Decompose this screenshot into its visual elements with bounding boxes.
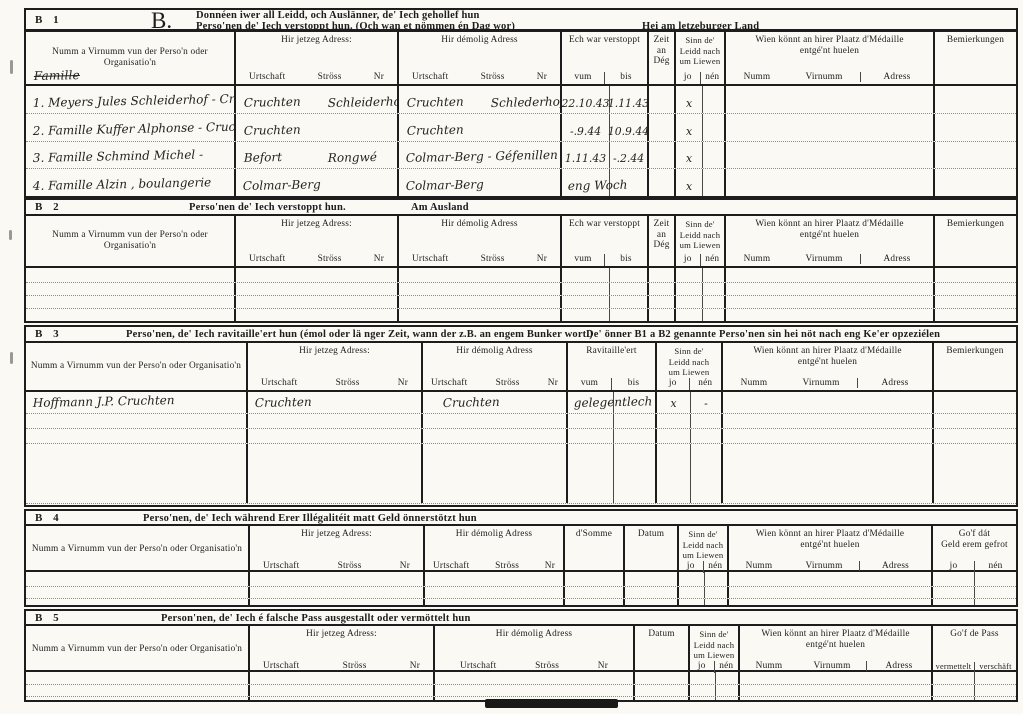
b1-title-line3: Hei am letzeburger Land — [642, 21, 759, 33]
nen-label: nén — [700, 72, 725, 84]
name-column-label: Numm a Virnumm vun der Perso'n oder Orga… — [26, 216, 234, 266]
b4-col-datum: Datum — [625, 526, 679, 573]
vermettelt-label: vermettelt — [933, 662, 974, 673]
sinn-label: Sinn de'Leidd nachum Liewen — [679, 526, 727, 561]
b1-title-line1: Donnéen iwer all Leidd, och Auslänner, d… — [196, 10, 480, 22]
entry-jetzeg-stross: Schleiderhof — [327, 94, 399, 110]
b2-col-zeit: ZeitanDég — [649, 216, 676, 266]
nr-label: Nr — [537, 254, 547, 264]
medaille-label-line2: entgé'nt huelen — [729, 540, 931, 551]
b5-col-medaille: Wien könnt an hirer Plaatz d'Médaille en… — [740, 626, 933, 673]
demolig-sub-labels: Urtschaft Ströss Nr — [399, 254, 560, 266]
scan-artifact-smudge — [485, 699, 618, 708]
virnumm-label: Virnumm — [798, 661, 866, 671]
table-row: 1. Meyers Jules Schleiderhof - Cruchten … — [26, 86, 1016, 114]
name-column-label: Numm a Virnumm vun der Perso'n oder Orga… — [26, 626, 248, 673]
vum-label: vum — [568, 378, 611, 390]
entry-demolig-stross — [491, 137, 560, 138]
table-row: 4. Famille Alzin , boulangerie Colmar-Be… — [26, 169, 1016, 196]
entry-vum: -.9.44 — [570, 125, 601, 138]
bis-label: bis — [604, 72, 647, 84]
jetzeg-adress-label: Hir jetzeg Adress: — [248, 343, 421, 357]
medaille-label-line2: entgé'nt huelen — [723, 357, 932, 368]
table-row — [26, 429, 1016, 444]
b1-col-sinn: Sinn de'Leidd nachum Liewen jo nén — [676, 32, 726, 84]
nen-label: nén — [703, 561, 728, 573]
virnumm-label: Virnumm — [788, 254, 860, 264]
jetzeg-sub-labels: Urtschaft Ströss Nr — [236, 254, 397, 266]
entry-vum: 22.10.43 — [561, 97, 609, 110]
b2-col-sinn: Sinn de'Leidd nachum Liewen jo nén — [676, 216, 726, 266]
b4-column-headers: Numm a Virnumm vun der Perso'n oder Orga… — [26, 526, 1016, 572]
b2-col-name: Numm a Virnumm vun der Perso'n oder Orga… — [26, 216, 236, 266]
b3-title2: De' önner B1 a B2 genannte Perso'nen sin… — [586, 329, 940, 341]
datum-label: Datum — [625, 526, 677, 540]
medaille-label-line1: Wien könnt an hirer Plaatz d'Médaille — [729, 526, 931, 540]
section-b3: B 3 Perso'nen, de' Iech ravitaille'ert h… — [24, 325, 1018, 507]
somme-label: d'Somme — [565, 526, 623, 540]
entry-nen-mark: - — [704, 397, 708, 410]
entry-name: 2. Famille Kuffer Alphonse - Cruchten — [33, 119, 236, 138]
table-row — [26, 685, 1016, 697]
jo-nen-labels: jo nén — [676, 251, 724, 267]
stross-label: Ströss — [481, 72, 505, 82]
b3-col-ravitailleert: Ravitaille'ert vum bis — [568, 343, 657, 390]
demolig-adress-label: Hir démolig Adress — [425, 526, 563, 540]
b1-big-letter: B. — [151, 8, 172, 34]
entry-jo-mark: x — [686, 180, 692, 193]
b3-col-sinn: Sinn de'Leidd nachum Liewen jo nén — [657, 343, 723, 390]
vum-label: vum — [562, 254, 604, 266]
entry-jetzeg-urtschaft: Befort — [236, 149, 328, 165]
medaille-label-line1: Wien könnt an hirer Plaatz d'Médaille — [723, 343, 932, 357]
stross-label: Ströss — [535, 661, 559, 671]
name-column-label: Numm a Virnumm vun der Perso'n oder Orga… — [26, 526, 248, 573]
table-row — [26, 414, 1016, 429]
virnumm-label: Virnumm — [789, 561, 859, 571]
demolig-adress-label: Hir démolig Adress — [399, 216, 560, 230]
b2-title-row: B 2 Perso'nen de' Iech verstoppt hun. Am… — [26, 200, 1016, 216]
b1-col-medaille: Wien könnt an hirer Plaatz d'Médaille en… — [726, 32, 935, 84]
section-b2: B 2 Perso'nen de' Iech verstoppt hun. Am… — [24, 198, 1018, 323]
entry-demolig-urtschaft: Cruchten — [399, 94, 491, 110]
jo-label: jo — [679, 561, 703, 573]
entry-jo-mark: x — [686, 97, 692, 110]
jetzeg-sub-labels: Urtschaft Ströss Nr — [248, 378, 421, 390]
demolig-sub-labels: Urtschaft Ströss Nr — [435, 661, 633, 673]
b1-col-bemierkungen: Bemierkungen — [935, 32, 1016, 84]
demolig-adress-label: Hir démolig Adress — [435, 626, 633, 640]
verstoppt-label: Ech war verstoppt — [562, 32, 647, 46]
bis-label: bis — [604, 254, 647, 266]
table-row — [26, 296, 1016, 309]
jetzeg-adress-label: Hir jetzeg Adress: — [250, 626, 433, 640]
b1-title-line2: Perso'nen de' Iech verstoppt hun. (Och w… — [196, 21, 515, 33]
entry-jetzeg-stross: Rongwé — [327, 150, 397, 165]
b3-section-id: B 3 — [35, 328, 63, 340]
b2-col-bemierkungen: Bemierkungen — [935, 216, 1016, 266]
b3-column-headers: Numm a Virnumm vun der Perso'n oder Orga… — [26, 343, 1016, 392]
jo-label: jo — [690, 661, 714, 673]
jo-nen-labels: jo nén — [679, 561, 727, 573]
jetzeg-adress-label: Hir jetzeg Adress: — [236, 216, 397, 230]
entry-period: eng Woch — [568, 178, 628, 193]
entry-jetzeg-urtschaft: Cruchten — [255, 395, 312, 410]
b5-col-datum: Datum — [635, 626, 690, 673]
urtschaft-label: Urtschaft — [433, 561, 469, 571]
vum-bis-labels: vum bis — [568, 357, 655, 391]
b2-column-headers: Numm a Virnumm vun der Perso'n oder Orga… — [26, 216, 1016, 268]
demolig-sub-labels: Urtschaft Ströss Nr — [425, 561, 563, 573]
numm-label: Numm — [723, 378, 785, 388]
entry-name: 1. Meyers Jules Schleiderhof - Cruchten — [33, 91, 236, 110]
nr-label: Nr — [398, 378, 408, 388]
jo-label: jo — [676, 72, 700, 84]
entry-name: 3. Famille Schmind Michel - — [33, 147, 203, 165]
section-b5: B 5 Person'nen, de' Iech é falsche Pass … — [24, 609, 1018, 702]
urtschaft-label: Urtschaft — [460, 661, 496, 671]
verstoppt-label: Ech war verstoppt — [562, 216, 647, 230]
sinn-label: Sinn de'Leidd nachum Liewen — [657, 343, 721, 378]
table-row — [26, 268, 1016, 283]
jetzeg-sub-labels: Urtschaft Ströss Nr — [250, 561, 423, 573]
section-b4: B 4 Perso'nen, de' Iech während Erer Ill… — [24, 509, 1018, 607]
bemierkungen-label: Bemierkungen — [935, 216, 1016, 230]
b2-col-demolig-adress: Hir démolig Adress Urtschaft Ströss Nr — [399, 216, 562, 266]
sinn-label: Sinn de'Leidd nachum Liewen — [676, 216, 724, 251]
table-row — [26, 490, 1016, 504]
scan-margin-mark — [10, 352, 13, 364]
b3-col-medaille: Wien könnt an hirer Plaatz d'Médaille en… — [723, 343, 934, 390]
sinn-label: Sinn de'Leidd nachum Liewen — [690, 626, 738, 661]
b4-col-demolig-adress: Hir démolig Adress Urtschaft Ströss Nr — [425, 526, 565, 573]
gof-geld-label-line2: Geld erem gefrot — [933, 540, 1016, 551]
section-b1: B 1 B. Donnéen iwer all Leidd, och Auslä… — [24, 8, 1018, 198]
b1-col-verstoppt: Ech war verstoppt vum bis — [562, 32, 649, 84]
urtschaft-label: Urtschaft — [261, 378, 297, 388]
stross-label: Ströss — [336, 378, 360, 388]
b4-title-row: B 4 Perso'nen, de' Iech während Erer Ill… — [26, 511, 1016, 526]
zeit-label: ZeitanDég — [649, 32, 674, 67]
medaille-sub-labels: Numm Virnumm Adress — [723, 378, 932, 390]
scan-margin-mark — [9, 230, 12, 240]
zeit-label: ZeitanDég — [649, 216, 674, 251]
virnumm-label: Virnumm — [785, 378, 857, 388]
medaille-label-line2: entgé'nt huelen — [726, 46, 933, 57]
numm-label: Numm — [729, 561, 789, 571]
b2-col-medaille: Wien könnt an hirer Plaatz d'Médaille en… — [726, 216, 935, 266]
demolig-sub-labels: Urtschaft Ströss Nr — [423, 378, 566, 390]
medaille-label-line1: Wien könnt an hirer Plaatz d'Médaille — [726, 32, 933, 46]
jo-nen-labels: jo nén — [933, 550, 1016, 573]
handwritten-note-famille: Famille — [34, 68, 80, 83]
b2-section-id: B 2 — [35, 201, 63, 213]
nen-label: nén — [700, 254, 725, 266]
jo-nen-labels: jo nén — [676, 67, 724, 85]
entry-jetzeg-stross — [328, 137, 397, 138]
b3-col-name: Numm a Virnumm vun der Perso'n oder Orga… — [26, 343, 248, 390]
jetzeg-sub-labels: Urtschaft Ströss Nr — [236, 72, 397, 84]
b5-title-row: B 5 Person'nen, de' Iech é falsche Pass … — [26, 611, 1016, 626]
sinn-label: Sinn de'Leidd nachum Liewen — [676, 32, 724, 67]
stross-label: Ströss — [318, 72, 342, 82]
urtschaft-label: Urtschaft — [263, 561, 299, 571]
urtschaft-label: Urtschaft — [249, 254, 285, 264]
urtschaft-label: Urtschaft — [263, 661, 299, 671]
table-row: 2. Famille Kuffer Alphonse - Cruchten Cr… — [26, 114, 1016, 142]
b1-col-zeit: ZeitanDég — [649, 32, 676, 84]
jo-nen-labels: jo nén — [690, 661, 738, 673]
entry-vum: 1.11.43 — [565, 152, 606, 165]
b3-title-row: B 3 Perso'nen, de' Iech ravitaille'ert h… — [26, 327, 1016, 343]
virnumm-label: Virnumm — [788, 72, 860, 82]
b2-title: Perso'nen de' Iech verstoppt hun. — [189, 202, 346, 214]
b4-col-jetzeg-adress: Hir jetzeg Adress: Urtschaft Ströss Nr — [250, 526, 425, 573]
entry-bis: 10.9.44 — [608, 125, 649, 138]
entry-demolig-urtschaft: Colmar-Berg - Géfenillen - — [406, 148, 562, 165]
b4-col-name: Numm a Virnumm vun der Perso'n oder Orga… — [26, 526, 250, 573]
numm-label: Numm — [726, 254, 788, 264]
nr-label: Nr — [598, 661, 608, 671]
jo-label: jo — [657, 378, 689, 390]
entry-jo-mark: x — [686, 152, 692, 165]
b5-section-id: B 5 — [35, 612, 63, 624]
nr-label: Nr — [374, 254, 384, 264]
table-row — [26, 587, 1016, 599]
verschaft-label: verschäft — [974, 662, 1016, 673]
numm-label: Numm — [726, 72, 788, 82]
medaille-sub-labels: Numm Virnumm Adress — [726, 254, 933, 266]
table-row — [26, 572, 1016, 587]
b1-column-headers: Numm a Virnumm vun der Perso'n oder Orga… — [26, 32, 1016, 86]
b2-col-verstoppt: Ech war verstoppt vum bis — [562, 216, 649, 266]
b3-col-jetzeg-adress: Hir jetzeg Adress: Urtschaft Ströss Nr — [248, 343, 423, 390]
b5-column-headers: Numm a Virnumm vun der Perso'n oder Orga… — [26, 626, 1016, 672]
b1-col-name: Numm a Virnumm vun der Perso'n oder Orga… — [26, 32, 236, 84]
adress-label: Adress — [866, 661, 931, 671]
pass-sub-labels: vermettelt verschäft — [933, 640, 1016, 673]
medaille-label-line1: Wien könnt an hirer Plaatz d'Médaille — [740, 626, 931, 640]
jo-label: jo — [933, 561, 974, 573]
b4-col-medaille: Wien könnt an hirer Plaatz d'Médaille en… — [729, 526, 933, 573]
medaille-sub-labels: Numm Virnumm Adress — [729, 561, 931, 573]
entry-demolig-urtschaft: Cruchten — [399, 122, 491, 138]
gof-pass-label: Go'f de Pass — [933, 626, 1016, 640]
entry-name: 4. Famille Alzin , boulangerie — [33, 175, 212, 193]
adress-label: Adress — [860, 72, 933, 82]
table-row — [26, 444, 1016, 490]
b3-col-bemierkungen: Bemierkungen — [934, 343, 1016, 390]
stross-label: Ströss — [318, 254, 342, 264]
table-row — [26, 309, 1016, 321]
nen-label: nén — [974, 561, 1016, 573]
b5-col-demolig-adress: Hir démolig Adress Urtschaft Ströss Nr — [435, 626, 635, 673]
nen-label: nén — [714, 661, 739, 673]
b2-subtitle: Am Ausland — [411, 202, 469, 214]
vum-bis-labels: vum bis — [562, 230, 647, 267]
urtschaft-label: Urtschaft — [412, 254, 448, 264]
numm-label: Numm — [740, 661, 798, 671]
nr-label: Nr — [545, 561, 555, 571]
scan-margin-mark — [10, 60, 13, 74]
entry-demolig-urtschaft: Colmar-Berg — [406, 177, 484, 193]
entry-demolig-urtschaft: Cruchten — [443, 395, 500, 410]
b2-col-jetzeg-adress: Hir jetzeg Adress: Urtschaft Ströss Nr — [236, 216, 399, 266]
entry-jetzeg-urtschaft: Cruchten — [236, 94, 328, 110]
jetzeg-sub-labels: Urtschaft Ströss Nr — [250, 661, 433, 673]
jetzeg-adress-label: Hir jetzeg Adress: — [250, 526, 423, 540]
stross-label: Ströss — [496, 378, 520, 388]
medaille-label-line2: entgé'nt huelen — [740, 640, 931, 651]
b5-col-name: Numm a Virnumm vun der Perso'n oder Orga… — [26, 626, 250, 673]
b1-title-row: B 1 B. Donnéen iwer all Leidd, och Auslä… — [26, 10, 1016, 32]
entry-jetzeg-urtschaft: Cruchten — [236, 122, 328, 138]
table-row: Hoffmann J.P. Cruchten Cruchten Cruchten… — [26, 392, 1016, 414]
gof-geld-label-line1: Go'f dát — [933, 526, 1016, 540]
vum-bis-labels: vum bis — [562, 46, 647, 85]
stross-label: Ströss — [495, 561, 519, 571]
b5-title: Person'nen, de' Iech é falsche Pass ausg… — [161, 613, 471, 625]
table-row — [26, 599, 1016, 605]
nr-label: Nr — [537, 72, 547, 82]
table-row — [26, 283, 1016, 296]
urtschaft-label: Urtschaft — [249, 72, 285, 82]
adress-label: Adress — [860, 254, 933, 264]
adress-label: Adress — [859, 561, 931, 571]
nr-label: Nr — [400, 561, 410, 571]
b1-col-jetzeg-adress: Hir jetzeg Adress: Urtschaft Ströss Nr — [236, 32, 399, 84]
b5-col-jetzeg-adress: Hir jetzeg Adress: Urtschaft Ströss Nr — [250, 626, 435, 673]
table-row: 3. Famille Schmind Michel - BefortRongwé… — [26, 142, 1016, 169]
name-column-label: Numm a Virnumm vun der Perso'n oder Orga… — [26, 343, 246, 390]
medaille-label-line1: Wien könnt an hirer Plaatz d'Médaille — [726, 216, 933, 230]
bemierkungen-label: Bemierkungen — [935, 32, 1016, 46]
demolig-adress-label: Hir démolig Adress — [399, 32, 560, 46]
entry-jo-mark: x — [670, 397, 676, 410]
bemierkungen-label: Bemierkungen — [934, 343, 1016, 357]
b4-col-sinn: Sinn de'Leidd nachum Liewen jo nén — [679, 526, 729, 573]
nr-label: Nr — [548, 378, 558, 388]
scanned-form-sheet: B 1 B. Donnéen iwer all Leidd, och Auslä… — [0, 0, 1023, 714]
jo-nen-labels: jo nén — [657, 378, 721, 391]
table-row — [26, 672, 1016, 685]
stross-label: Ströss — [343, 661, 367, 671]
stross-label: Ströss — [481, 254, 505, 264]
entry-bis: 1.11.43 — [608, 97, 649, 110]
entry-period: gelegentlech — [574, 394, 653, 410]
medaille-label-line2: entgé'nt huelen — [726, 230, 933, 241]
entry-jetzeg-urtschaft: Colmar-Berg — [243, 177, 321, 193]
medaille-sub-labels: Numm Virnumm Adress — [726, 72, 933, 84]
entry-jo-mark: x — [686, 125, 692, 138]
ravitailleert-label: Ravitaille'ert — [568, 343, 655, 357]
entry-demolig-stross: Schlederhof — [490, 94, 562, 110]
b4-col-gof-geld: Go'f dát Geld erem gefrot jo nén — [933, 526, 1016, 573]
urtschaft-label: Urtschaft — [431, 378, 467, 388]
demolig-sub-labels: Urtschaft Ströss Nr — [399, 72, 560, 84]
stross-label: Ströss — [338, 561, 362, 571]
b4-section-id: B 4 — [35, 512, 63, 524]
datum-label: Datum — [635, 626, 688, 640]
jo-label: jo — [676, 254, 700, 266]
vum-label: vum — [562, 72, 604, 84]
urtschaft-label: Urtschaft — [412, 72, 448, 82]
b4-title: Perso'nen, de' Iech während Erer Illégal… — [143, 513, 477, 525]
b3-title: Perso'nen, de' Iech ravitaille'ert hun (… — [126, 329, 593, 341]
demolig-adress-label: Hir démolig Adress — [423, 343, 566, 357]
b4-col-somme: d'Somme — [565, 526, 625, 573]
nr-label: Nr — [410, 661, 420, 671]
b1-section-id: B 1 — [35, 14, 63, 26]
b5-col-gof-pass: Go'f de Pass vermettelt verschäft — [933, 626, 1016, 673]
medaille-sub-labels: Numm Virnumm Adress — [740, 661, 931, 673]
jetzeg-adress-label: Hir jetzeg Adress: — [236, 32, 397, 46]
entry-name: Hoffmann J.P. Cruchten — [33, 393, 175, 410]
entry-bis: -.2.44 — [613, 152, 644, 165]
b3-col-demolig-adress: Hir démolig Adress Urtschaft Ströss Nr — [423, 343, 568, 390]
b5-col-sinn: Sinn de'Leidd nachum Liewen jo nén — [690, 626, 740, 673]
nr-label: Nr — [374, 72, 384, 82]
adress-label: Adress — [857, 378, 932, 388]
bis-label: bis — [611, 378, 655, 390]
nen-label: nén — [689, 378, 722, 390]
b1-col-demolig-adress: Hir démolig Adress Urtschaft Ströss Nr — [399, 32, 562, 84]
